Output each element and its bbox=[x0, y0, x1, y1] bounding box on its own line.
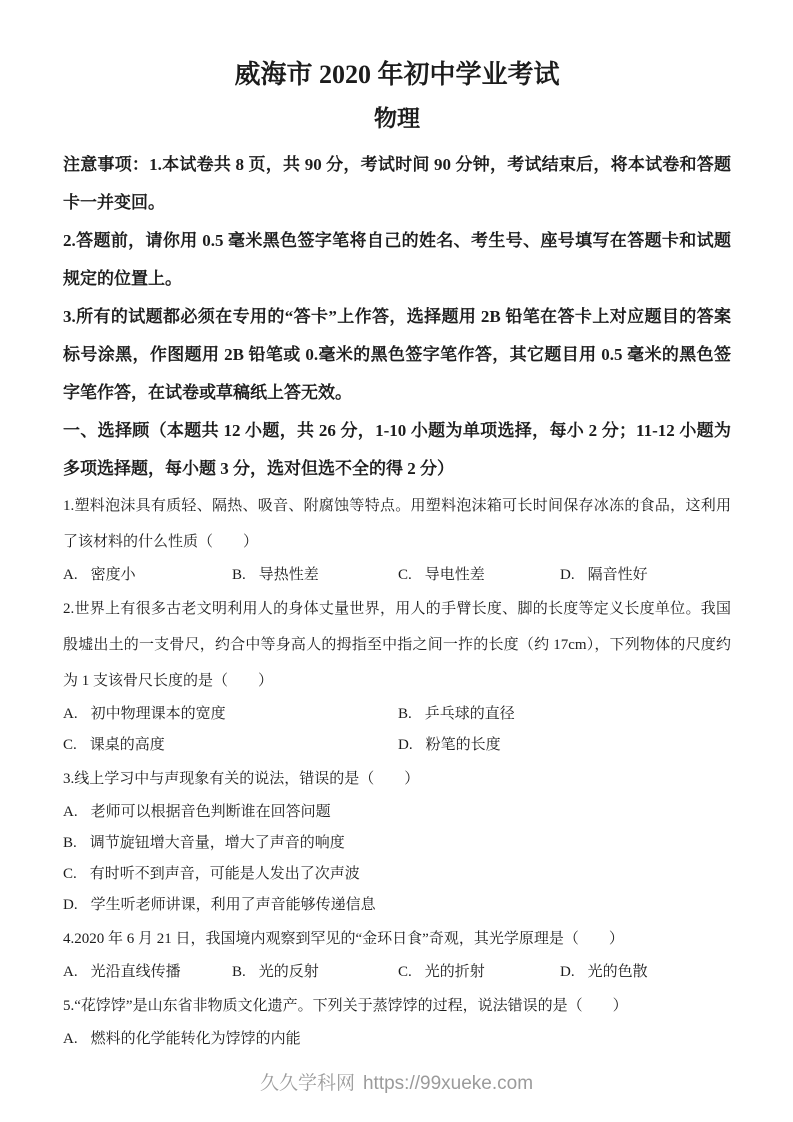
question-list: 1.塑料泡沫具有质轻、隔热、吸音、附腐蚀等特点。用塑料泡沫箱可长时间保存冰冻的食… bbox=[63, 488, 731, 1055]
option-text: 乒乓球的直径 bbox=[425, 706, 515, 722]
option-text: 调节旋钮增大音量，增大了声音的响度 bbox=[90, 835, 345, 851]
section-header: 一、选择顾（本题共 12 小题，共 26 分，1-10 小题为单项选择，每小 2… bbox=[63, 412, 731, 488]
question-1-option-D: D.隔音性好 bbox=[560, 560, 731, 591]
question-3-option-D: D.学生听老师讲课，利用了声音能够传递信息 bbox=[63, 890, 731, 921]
question-1-option-C: C.导电性差 bbox=[398, 560, 560, 591]
option-text: 老师可以根据音色判断谁在回答问题 bbox=[91, 804, 331, 820]
notice-item-2: 2.答题前，请你用 0.5 毫米黑色签字笔将自己的姓名、考生号、座号填写在答题卡… bbox=[63, 222, 731, 298]
option-label: C. bbox=[398, 567, 412, 583]
question-4-option-C: C.光的折射 bbox=[398, 957, 560, 988]
option-text: 初中物理课本的宽度 bbox=[91, 706, 226, 722]
question-2-option-C: C.课桌的高度 bbox=[63, 730, 398, 761]
option-label: B. bbox=[232, 964, 246, 980]
question-2-option-A: A.初中物理课本的宽度 bbox=[63, 699, 398, 730]
question-1-options: A.密度小B.导热性差C.导电性差D.隔音性好 bbox=[63, 560, 731, 591]
option-text: 光的反射 bbox=[259, 964, 319, 980]
question-1-option-B: B.导热性差 bbox=[232, 560, 398, 591]
option-label: A. bbox=[63, 964, 78, 980]
option-text: 粉笔的长度 bbox=[426, 737, 501, 753]
question-2-stem: 2.世界上有很多古老文明利用人的身体丈量世界，用人的手臂长度、脚的长度等定义长度… bbox=[63, 591, 731, 699]
notice-item-1: 注意事项：1.本试卷共 8 页，共 90 分，考试时间 90 分钟，考试结束后，… bbox=[63, 146, 731, 222]
option-text: 学生听老师讲课，利用了声音能够传递信息 bbox=[91, 897, 376, 913]
option-label: D. bbox=[560, 567, 575, 583]
question-3-options: A.老师可以根据音色判断谁在回答问题B.调节旋钮增大音量，增大了声音的响度C.有… bbox=[63, 797, 731, 921]
question-5-option-A: A.燃料的化学能转化为饽饽的内能 bbox=[63, 1024, 731, 1055]
option-label: A. bbox=[63, 1031, 78, 1047]
option-text: 导电性差 bbox=[425, 567, 485, 583]
option-text: 有时听不到声音，可能是人发出了次声波 bbox=[90, 866, 360, 882]
question-4-options: A.光沿直线传播B.光的反射C.光的折射D.光的色散 bbox=[63, 957, 731, 988]
question-4-option-D: D.光的色散 bbox=[560, 957, 731, 988]
option-label: B. bbox=[63, 835, 77, 851]
question-4-stem: 4.2020 年 6 月 21 日，我国境内观察到罕见的“金环日食”奇观，其光学… bbox=[63, 921, 731, 957]
page-title: 威海市 2020 年初中学业考试 bbox=[63, 58, 731, 92]
notice-section: 注意事项：1.本试卷共 8 页，共 90 分，考试时间 90 分钟，考试结束后，… bbox=[63, 146, 731, 412]
question-2-option-B: B.乒乓球的直径 bbox=[398, 699, 731, 730]
subject-title: 物理 bbox=[63, 105, 731, 133]
question-3-option-B: B.调节旋钮增大音量，增大了声音的响度 bbox=[63, 828, 731, 859]
option-label: D. bbox=[63, 897, 78, 913]
option-text: 密度小 bbox=[91, 567, 136, 583]
option-label: C. bbox=[398, 964, 412, 980]
footer-url: https://99xueke.com bbox=[363, 1073, 533, 1094]
option-label: B. bbox=[398, 706, 412, 722]
question-1-stem: 1.塑料泡沫具有质轻、隔热、吸音、附腐蚀等特点。用塑料泡沫箱可长时间保存冰冻的食… bbox=[63, 488, 731, 560]
notice-item-3: 3.所有的试题都必须在专用的“答卡”上作答，选择题用 2B 铅笔在答卡上对应题目… bbox=[63, 298, 731, 412]
option-label: D. bbox=[398, 737, 413, 753]
option-label: D. bbox=[560, 964, 575, 980]
question-3-option-C: C.有时听不到声音，可能是人发出了次声波 bbox=[63, 859, 731, 890]
option-label: A. bbox=[63, 706, 78, 722]
option-label: A. bbox=[63, 567, 78, 583]
question-2-options: A.初中物理课本的宽度B.乒乓球的直径C.课桌的高度D.粉笔的长度 bbox=[63, 699, 731, 761]
option-label: C. bbox=[63, 737, 77, 753]
question-5-options: A.燃料的化学能转化为饽饽的内能 bbox=[63, 1024, 731, 1055]
question-3-stem: 3.线上学习中与声现象有关的说法，错误的是（ ） bbox=[63, 761, 731, 797]
option-label: A. bbox=[63, 804, 78, 820]
question-2-option-D: D.粉笔的长度 bbox=[398, 730, 731, 761]
question-4-option-A: A.光沿直线传播 bbox=[63, 957, 232, 988]
question-5-stem: 5.“花饽饽”是山东省非物质文化遗产。下列关于蒸饽饽的过程，说法错误的是（ ） bbox=[63, 988, 731, 1024]
question-1-option-A: A.密度小 bbox=[63, 560, 232, 591]
option-text: 光的折射 bbox=[425, 964, 485, 980]
footer-site-name: 久久学科网 bbox=[260, 1073, 355, 1094]
option-text: 燃料的化学能转化为饽饽的内能 bbox=[91, 1031, 301, 1047]
question-4-option-B: B.光的反射 bbox=[232, 957, 398, 988]
option-label: C. bbox=[63, 866, 77, 882]
footer-watermark: 久久学科网https://99xueke.com bbox=[0, 1073, 793, 1095]
option-text: 光的色散 bbox=[588, 964, 648, 980]
exam-page: 威海市 2020 年初中学业考试 物理 注意事项：1.本试卷共 8 页，共 90… bbox=[0, 58, 793, 1055]
option-text: 课桌的高度 bbox=[90, 737, 165, 753]
option-text: 隔音性好 bbox=[588, 567, 648, 583]
option-text: 光沿直线传播 bbox=[91, 964, 181, 980]
option-label: B. bbox=[232, 567, 246, 583]
option-text: 导热性差 bbox=[259, 567, 319, 583]
question-3-option-A: A.老师可以根据音色判断谁在回答问题 bbox=[63, 797, 731, 828]
